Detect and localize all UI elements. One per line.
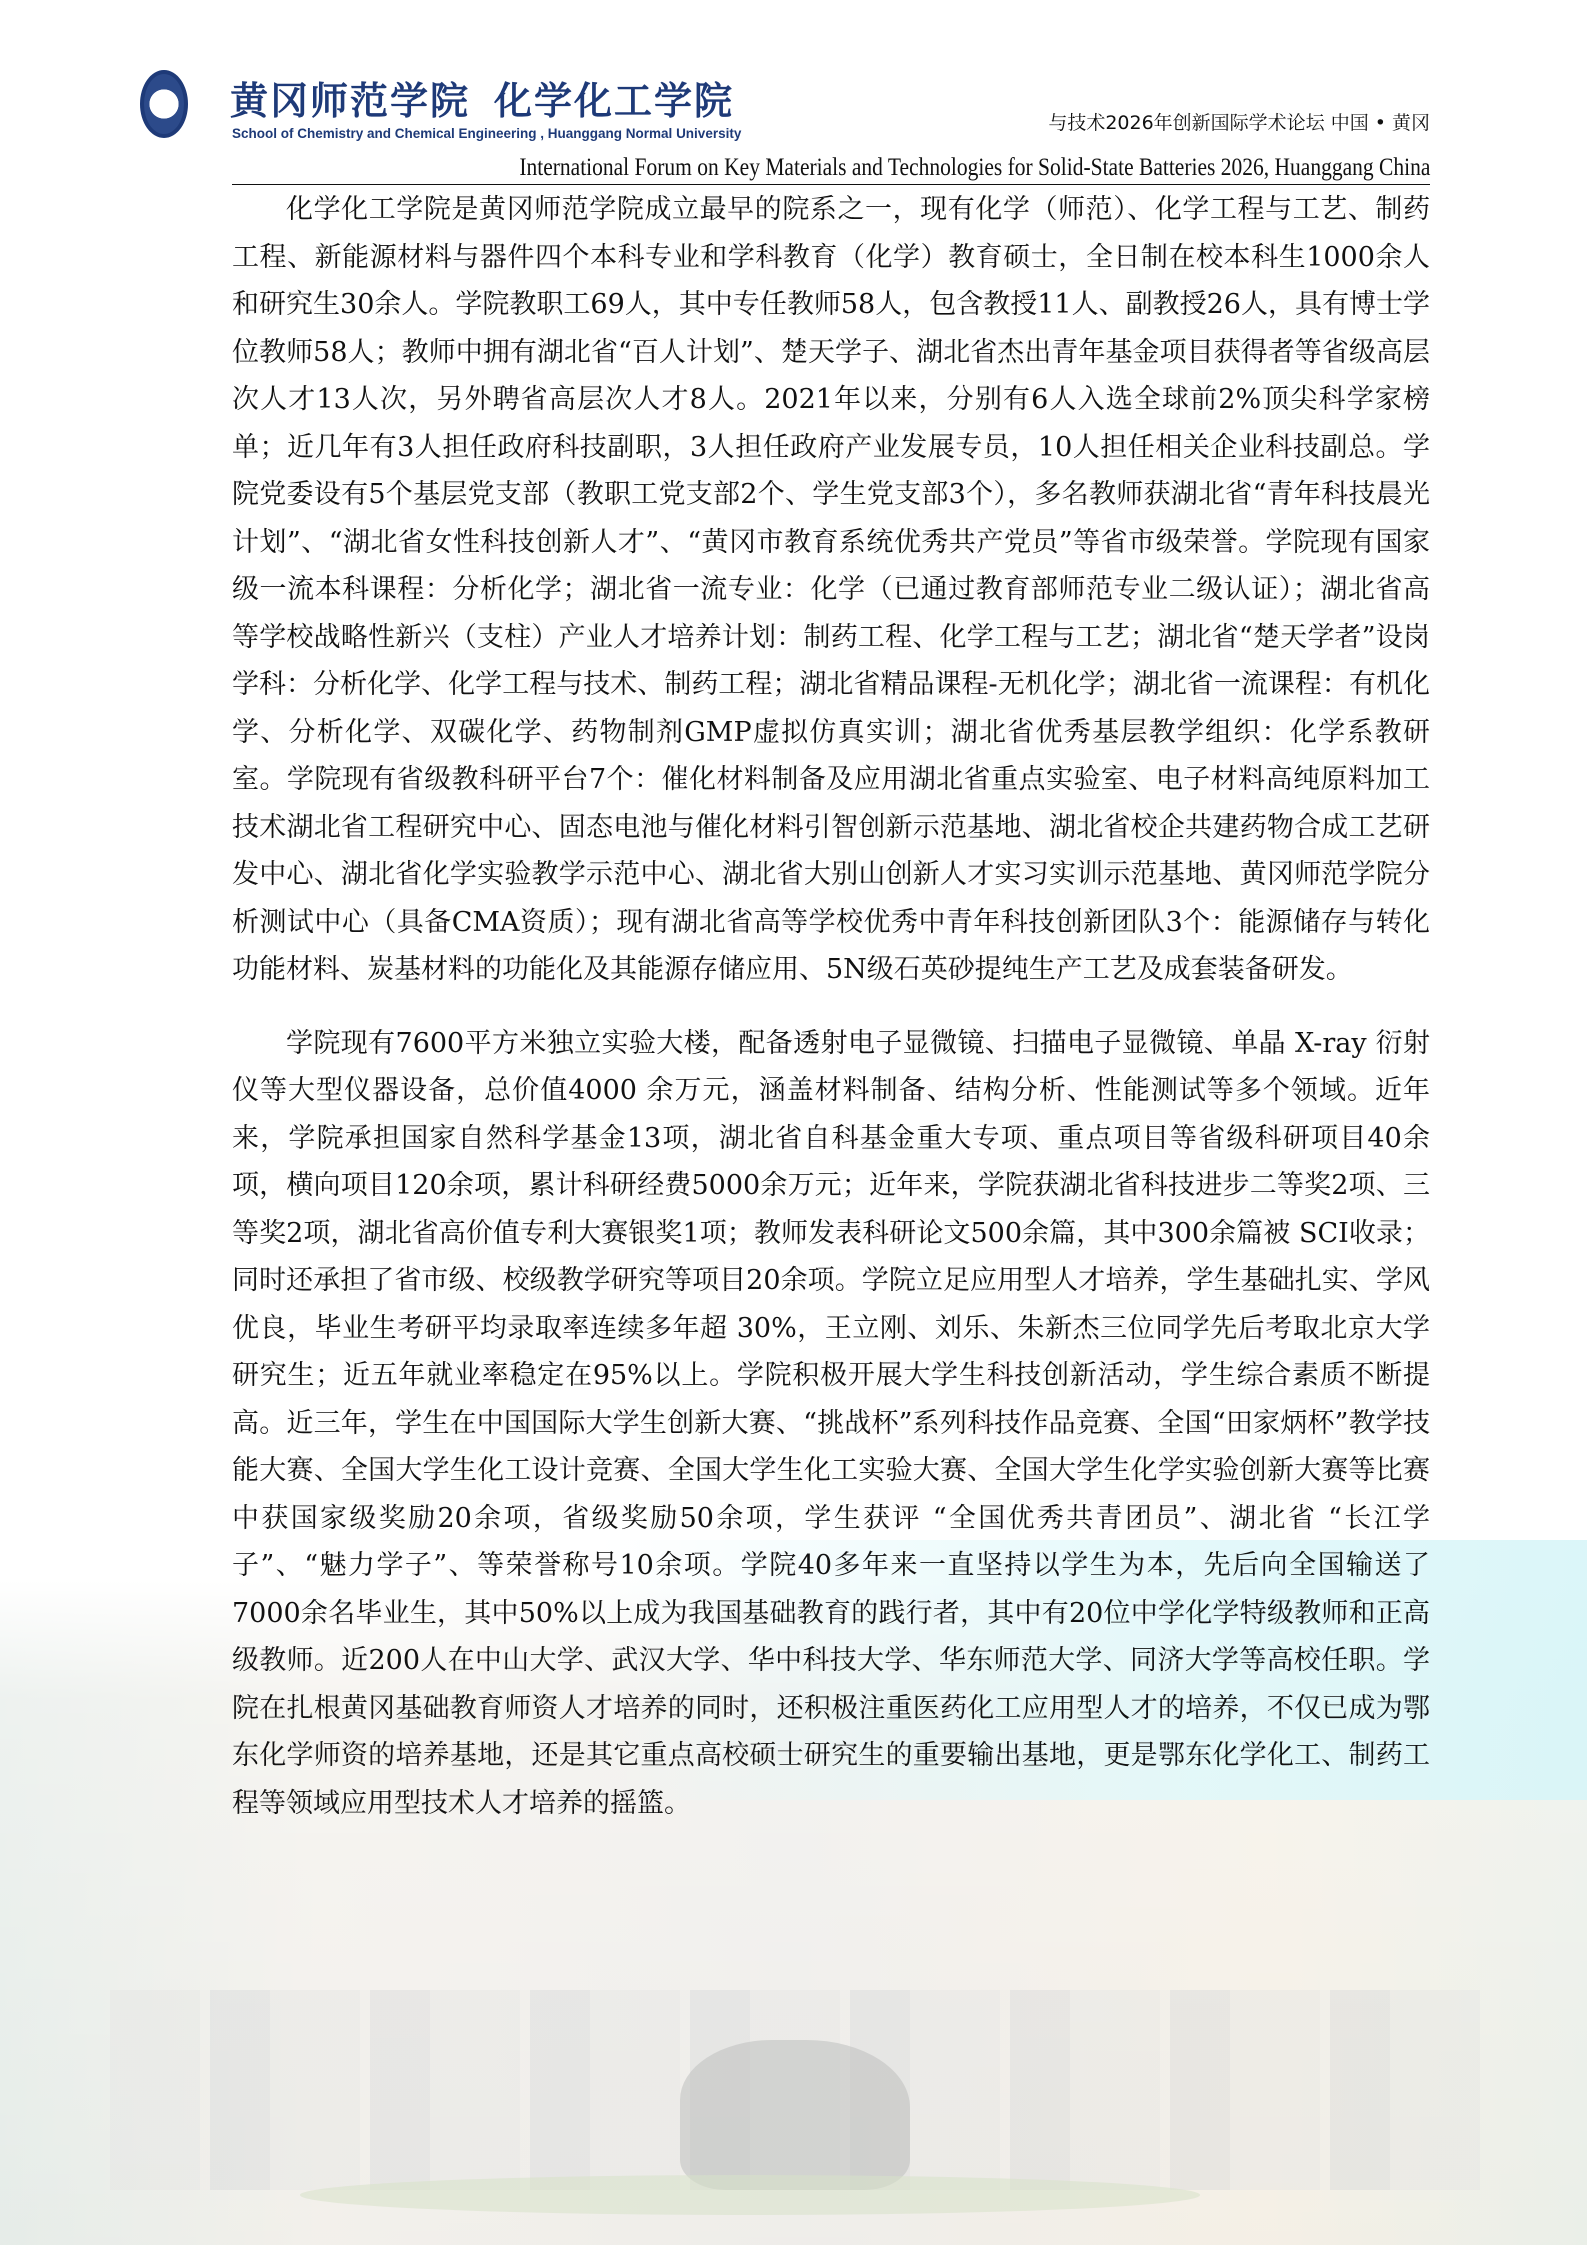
campus-lawn-image [300, 2175, 1200, 2215]
forum-title-cn: 与技术2026年创新国际学术论坛 中国 • 黄冈 [1048, 108, 1430, 135]
header-divider [232, 184, 1430, 185]
document-body: 化学化工学院是黄冈师范学院成立最早的院系之一，现有化学（师范）、化学工程与工艺、… [232, 186, 1430, 1827]
university-seal-logo [140, 70, 190, 150]
school-name-cn: 化学化工学院 [494, 79, 734, 123]
forum-title-en: International Forum on Key Materials and… [519, 154, 1430, 182]
paragraph-facilities-achievements: 学院现有7600平方米独立实验大楼，配备透射电子显微镜、扫描电子显微镜、单晶 X… [232, 1020, 1430, 1828]
brand-title: 黄冈师范学院化学化工学院 [230, 70, 734, 125]
campus-stone-monument-image [680, 2040, 910, 2190]
page-header: 黄冈师范学院化学化工学院 School of Chemistry and Che… [140, 60, 1430, 190]
university-name-cn: 黄冈师范学院 [230, 78, 470, 123]
seal-icon [140, 70, 188, 138]
school-name-en: School of Chemistry and Chemical Enginee… [232, 126, 741, 141]
paragraph-college-overview: 化学化工学院是黄冈师范学院成立最早的院系之一，现有化学（师范）、化学工程与工艺、… [232, 186, 1430, 994]
